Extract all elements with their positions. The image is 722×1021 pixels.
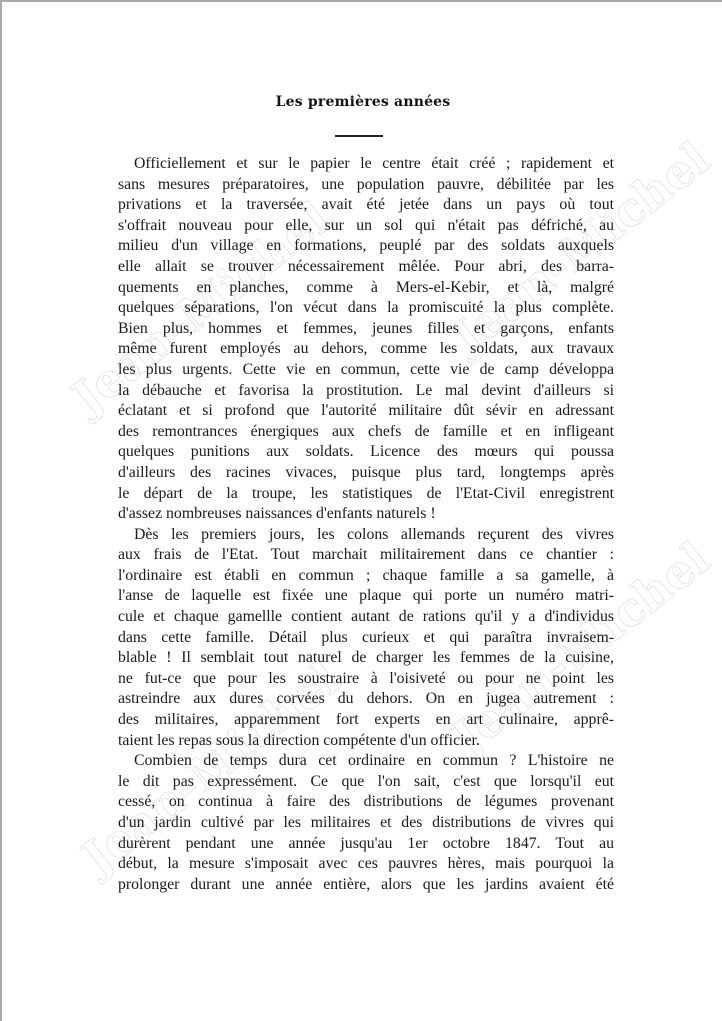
text-line: milieu d'un village en formations, peupl… [118, 236, 614, 257]
paragraph-2: Dès les premiers jours, les colons allem… [118, 525, 614, 752]
text-line: l'ordinaire est établi en commun ; chaqu… [118, 566, 614, 587]
paragraph-3: Combien de temps dura cet ordinaire en c… [118, 751, 614, 895]
text-line: Officiellement et sur le papier le centr… [118, 154, 614, 175]
text-line: taient les repas sous la direction compé… [118, 731, 614, 752]
title-divider [335, 135, 383, 137]
text-line: durèrent pendant une année jusqu'au 1er … [118, 834, 614, 855]
text-line: éclatant et si profond que l'autorité mi… [118, 401, 614, 422]
text-line: aux frais de l'Etat. Tout marchait milit… [118, 545, 614, 566]
text-line: Combien de temps dura cet ordinaire en c… [118, 751, 614, 772]
text-line: Dès les premiers jours, les colons allem… [118, 525, 614, 546]
text-line: le dit pas expressément. Ce que l'on sai… [118, 772, 614, 793]
text-line: les plus urgents. Cette vie en commun, c… [118, 360, 614, 381]
text-line: d'ailleurs des racines vivaces, puisque … [118, 463, 614, 484]
text-line: la débauche et favorisa la prostitution.… [118, 381, 614, 402]
paragraph-1: Officiellement et sur le papier le centr… [118, 154, 614, 525]
text-line: d'assez nombreuses naissances d'enfants … [118, 504, 614, 525]
text-line: quelques punitions aux soldats. Licence … [118, 442, 614, 463]
text-line: prolonger durant une année entière, alor… [118, 875, 614, 896]
text-line: des militaires, apparemment fort experts… [118, 710, 614, 731]
text-line: quements en planches, comme à Mers-el-Ke… [118, 278, 614, 299]
text-line: ne fut-ce que pour les soustraire à l'oi… [118, 669, 614, 690]
body-text: Officiellement et sur le papier le centr… [118, 154, 614, 895]
text-line: dans cette famille. Détail plus curieux … [118, 628, 614, 649]
text-line: l'anse de laquelle est fixée une plaque … [118, 586, 614, 607]
text-line: blable ! Il semblait tout naturel de cha… [118, 648, 614, 669]
text-line: début, la mesure s'imposait avec ces pau… [118, 854, 614, 875]
text-line: Bien plus, hommes et femmes, jeunes fill… [118, 319, 614, 340]
text-line: des remontrances énergiques aux chefs de… [118, 422, 614, 443]
text-line: s'offrait nouveau pour elle, sur un sol … [118, 216, 614, 237]
text-line: cessé, on continua à faire des distribut… [118, 792, 614, 813]
text-line: quelques séparations, l'on vécut dans la… [118, 298, 614, 319]
text-line: sans mesures préparatoires, une populati… [118, 175, 614, 196]
document-page: Jean-Michel Jean-Michel Jean-Michel Jean… [0, 0, 722, 1021]
text-line: d'un jardin cultivé par les militaires e… [118, 813, 614, 834]
text-line: cule et chaque gamellle contient autant … [118, 607, 614, 628]
text-line: le départ de la troupe, les statistiques… [118, 484, 614, 505]
chapter-title: Les premières années [2, 94, 722, 110]
text-line: privations et la traversée, avait été je… [118, 195, 614, 216]
text-line: même furent employés au dehors, comme le… [118, 339, 614, 360]
text-line: astreindre aux dures corvées du dehors. … [118, 689, 614, 710]
text-line: elle allait se trouver nécessairement mê… [118, 257, 614, 278]
